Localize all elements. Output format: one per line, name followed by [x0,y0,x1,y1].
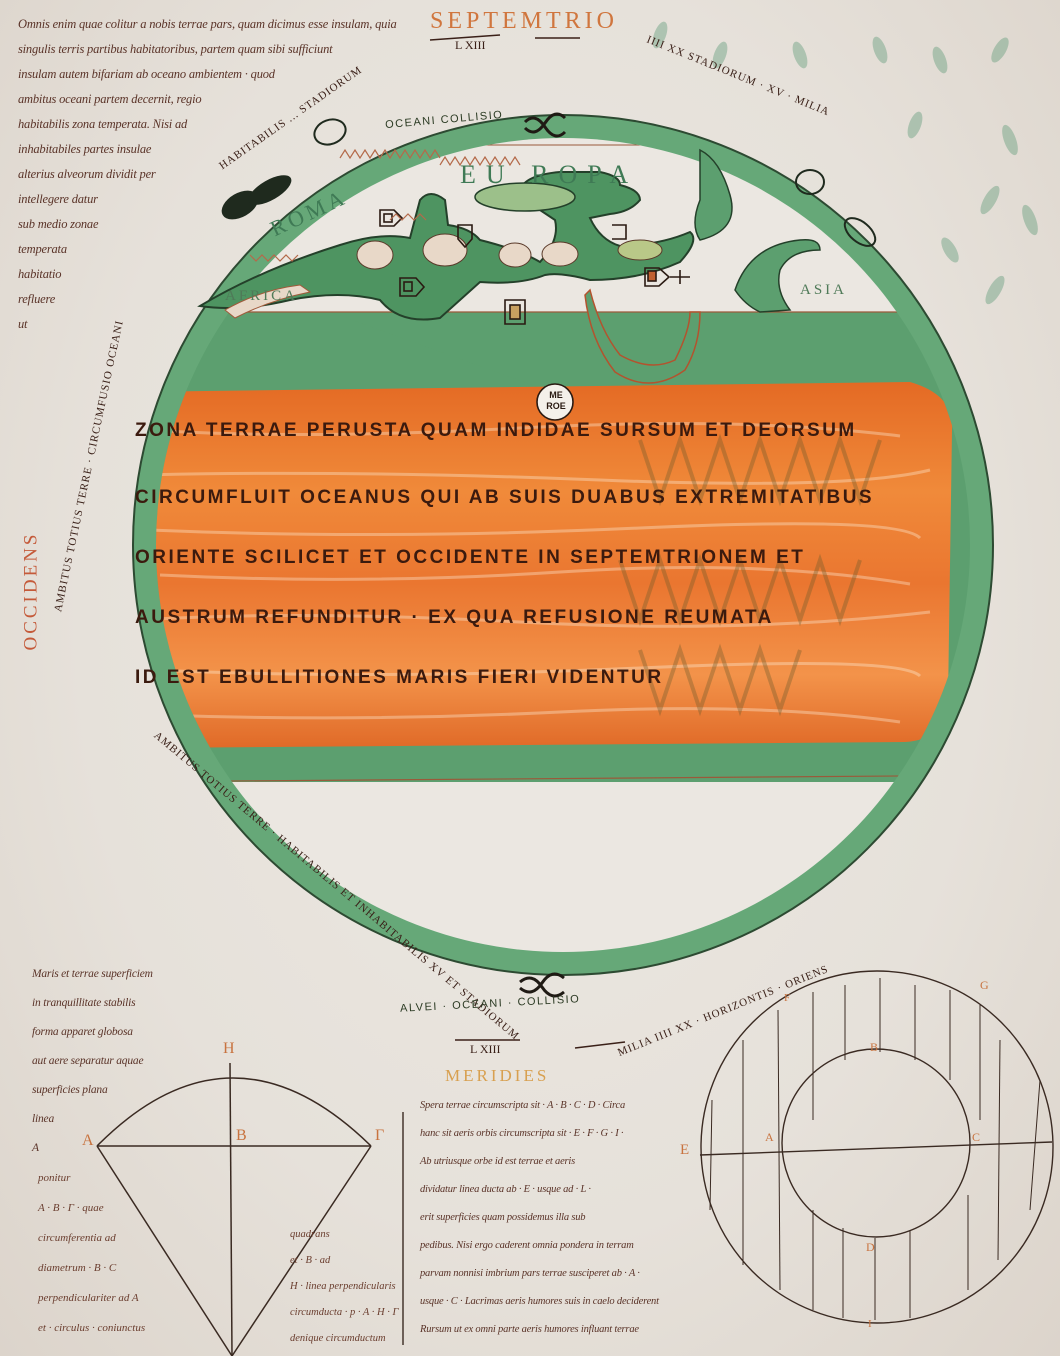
note-line: H · linea perpendicularis [290,1274,398,1300]
diagram-left-label-a: A [82,1132,94,1150]
diagram-right-label-f: F [784,992,790,1004]
text-line: Rursum ut ex omni parte aeris humores in… [420,1316,659,1344]
inscription-line: ORIENTE SCILICET ET OCCIDENTE IN SEPTEMT… [135,547,874,607]
inscription-line: ID EST EBULLITIONES MARIS FIERI VIDENTUR [135,667,874,727]
note-line: A · B · Γ · quae [38,1193,145,1223]
note-line: denique circumductum [290,1326,398,1352]
text-line: parvam nonnisi imbrium pars terrae susci… [420,1260,659,1288]
bottom-left-note-lower: ponitur A · B · Γ · quae circumferentia … [38,1163,145,1343]
note-line: ut [18,312,397,337]
text-line: dividatur linea ducta ab · E · usque ad … [420,1176,659,1204]
stadia-mark-top: L XIII [455,38,486,53]
text-line: Ab utriusque orbe id est terrae et aeris [420,1148,659,1176]
note-line: ponitur [38,1163,145,1193]
text-line: pedibus. Nisi ergo caderent omnia ponder… [420,1232,659,1260]
bottom-center-note: quadrans et · B · ad H · linea perpendic… [290,1222,398,1352]
note-line: inhabitabiles partes insulae [18,137,397,162]
inscription-line: AUSTRUM REFUNDITUR · EX QUA REFUSIONE RE… [135,607,874,667]
diagram-right-label-g: G [980,978,989,993]
diagram-left-label-b: B [236,1127,247,1145]
note-line: habitatio [18,262,397,287]
note-line: Omnis enim quae colitur a nobis terrae p… [18,12,397,37]
inscription-line: ZONA TERRAE PERUSTA QUAM INDIDAE SURSUM … [135,420,874,487]
header-septemtrio: SEPTEMTRIO [430,8,618,35]
note-line: circumferentia ad [38,1223,145,1253]
label-meroe: ME ROE [541,390,571,412]
note-line: linea [32,1105,153,1134]
label-asia: ASIA [800,282,847,299]
diagram-right-label-a: A [765,1130,774,1145]
label-africa: AFRICA [225,288,298,305]
note-line: diametrum · B · C [38,1253,145,1283]
text-line: Spera terrae circumscripta sit · A · B ·… [420,1092,659,1120]
note-line: quadrans [290,1222,398,1248]
header-occidens: OCCIDENS [21,531,43,650]
note-line: Maris et terrae superficiem [32,960,153,989]
note-line: singulis terris partibus habitatoribus, … [18,37,397,62]
note-line: et · B · ad [290,1248,398,1274]
note-line: sub medio zonae [18,212,397,237]
geometry-diagram-right [700,971,1053,1323]
note-line: circumducta · p · A · H · Γ [290,1300,398,1326]
diagram-right-label-c: C [972,1130,980,1145]
note-line: et · circulus · coniunctus [38,1313,145,1343]
diagram-right-label-i: I [868,1318,872,1330]
inscription-line: CIRCUMFLUIT OCEANUS QUI AB SUIS DUABUS E… [135,487,874,547]
stadia-mark-bottom: L XIII [470,1042,501,1057]
diagram-right-label-b: B [870,1040,878,1055]
note-line: in tranquillitate stabilis [32,989,153,1018]
diagram-right-label-d: D [866,1240,875,1255]
note-line: aut aere separatur aquae [32,1047,153,1076]
diagram-left-label-h: H [223,1040,235,1058]
note-line: perpendiculariter ad A [38,1283,145,1313]
text-line: hanc sit aeris orbis circumscripta sit ·… [420,1120,659,1148]
note-line: habitabilis zona temperata. Nisi ad [18,112,397,137]
note-line: superficies plana [32,1076,153,1105]
top-left-note: Omnis enim quae colitur a nobis terrae p… [18,12,397,337]
note-line: forma apparet globosa [32,1018,153,1047]
note-line: refluere [18,287,397,312]
header-meridies: MERIDIES [445,1066,549,1086]
label-europa: EU ROPA [460,160,638,190]
text-line: erit superficies quam possidemus illa su… [420,1204,659,1232]
bottom-right-text: Spera terrae circumscripta sit · A · B ·… [420,1092,659,1344]
diagram-left-label-gamma: Γ [375,1127,384,1145]
diagram-right-label-e: E [680,1142,689,1159]
note-line: temperata [18,237,397,262]
torrid-zone-inscription: ZONA TERRAE PERUSTA QUAM INDIDAE SURSUM … [135,420,874,727]
text-line: usque · C · Lacrimas aeris humores suis … [420,1288,659,1316]
